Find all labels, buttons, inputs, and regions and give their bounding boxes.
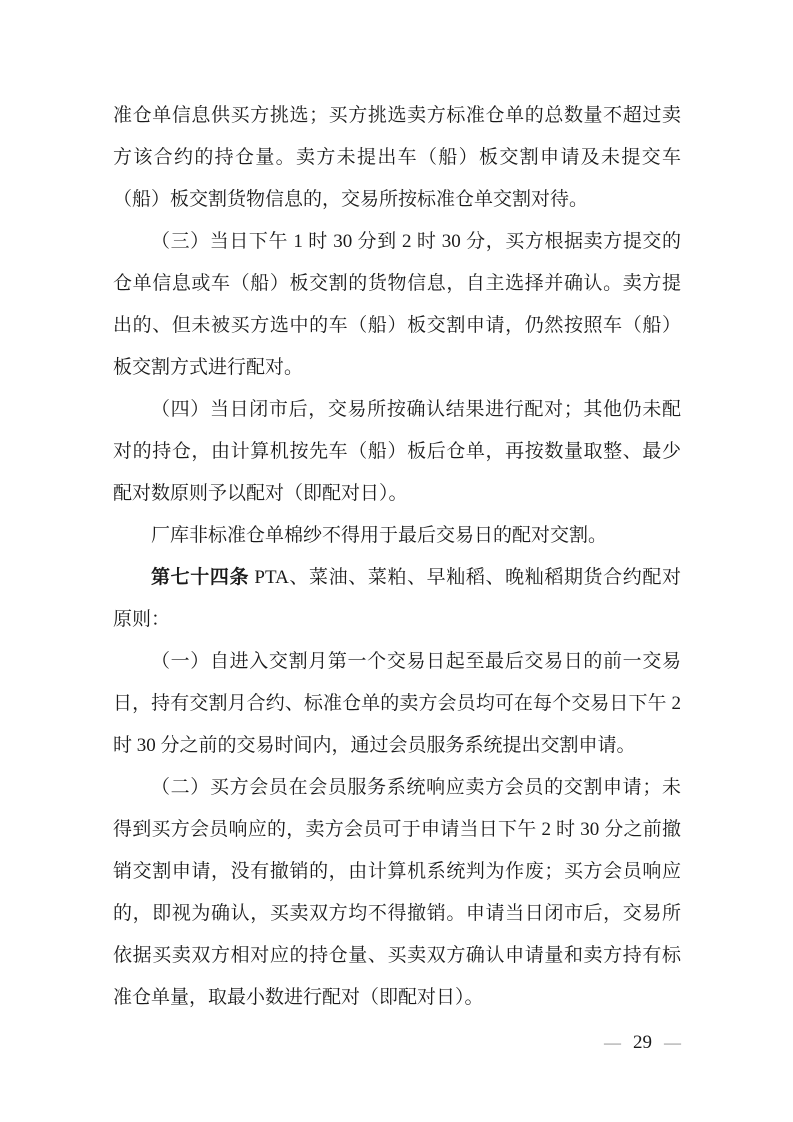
page-number-dash-left: — — [604, 1033, 621, 1052]
paragraph-article-74: 第七十四条 PTA、菜油、菜粕、早籼稻、晚籼稻期货合约配对原则： — [113, 557, 681, 641]
paragraph-item-1: （一）自进入交割月第一个交易日起至最后交易日的前一交易日，持有交割月合约、标准仓… — [113, 641, 681, 767]
page-number-footer: —29— — [604, 1030, 681, 1056]
paragraph-warehouse-note: 厂库非标准仓单棉纱不得用于最后交易日的配对交割。 — [113, 515, 681, 557]
document-page: 准仓单信息供买方挑选；买方挑选卖方标准仓单的总数量不超过卖方该合约的持仓量。卖方… — [0, 0, 793, 1122]
page-number-value: 29 — [633, 1032, 652, 1053]
paragraph-item-4: （四）当日闭市后，交易所按确认结果进行配对；其他仍未配对的持仓，由计算机按先车（… — [113, 389, 681, 515]
page-number-dash-right: — — [664, 1033, 681, 1052]
paragraph-item-2: （二）买方会员在会员服务系统响应卖方会员的交割申请；未得到买方会员响应的，卖方会… — [113, 767, 681, 1019]
document-body: 准仓单信息供买方挑选；买方挑选卖方标准仓单的总数量不超过卖方该合约的持仓量。卖方… — [113, 95, 681, 1019]
paragraph-item-3: （三）当日下午 1 时 30 分到 2 时 30 分，买方根据卖方提交的仓单信息… — [113, 221, 681, 389]
article-number-label: 第七十四条 — [151, 567, 249, 588]
paragraph-continuation: 准仓单信息供买方挑选；买方挑选卖方标准仓单的总数量不超过卖方该合约的持仓量。卖方… — [113, 95, 681, 221]
